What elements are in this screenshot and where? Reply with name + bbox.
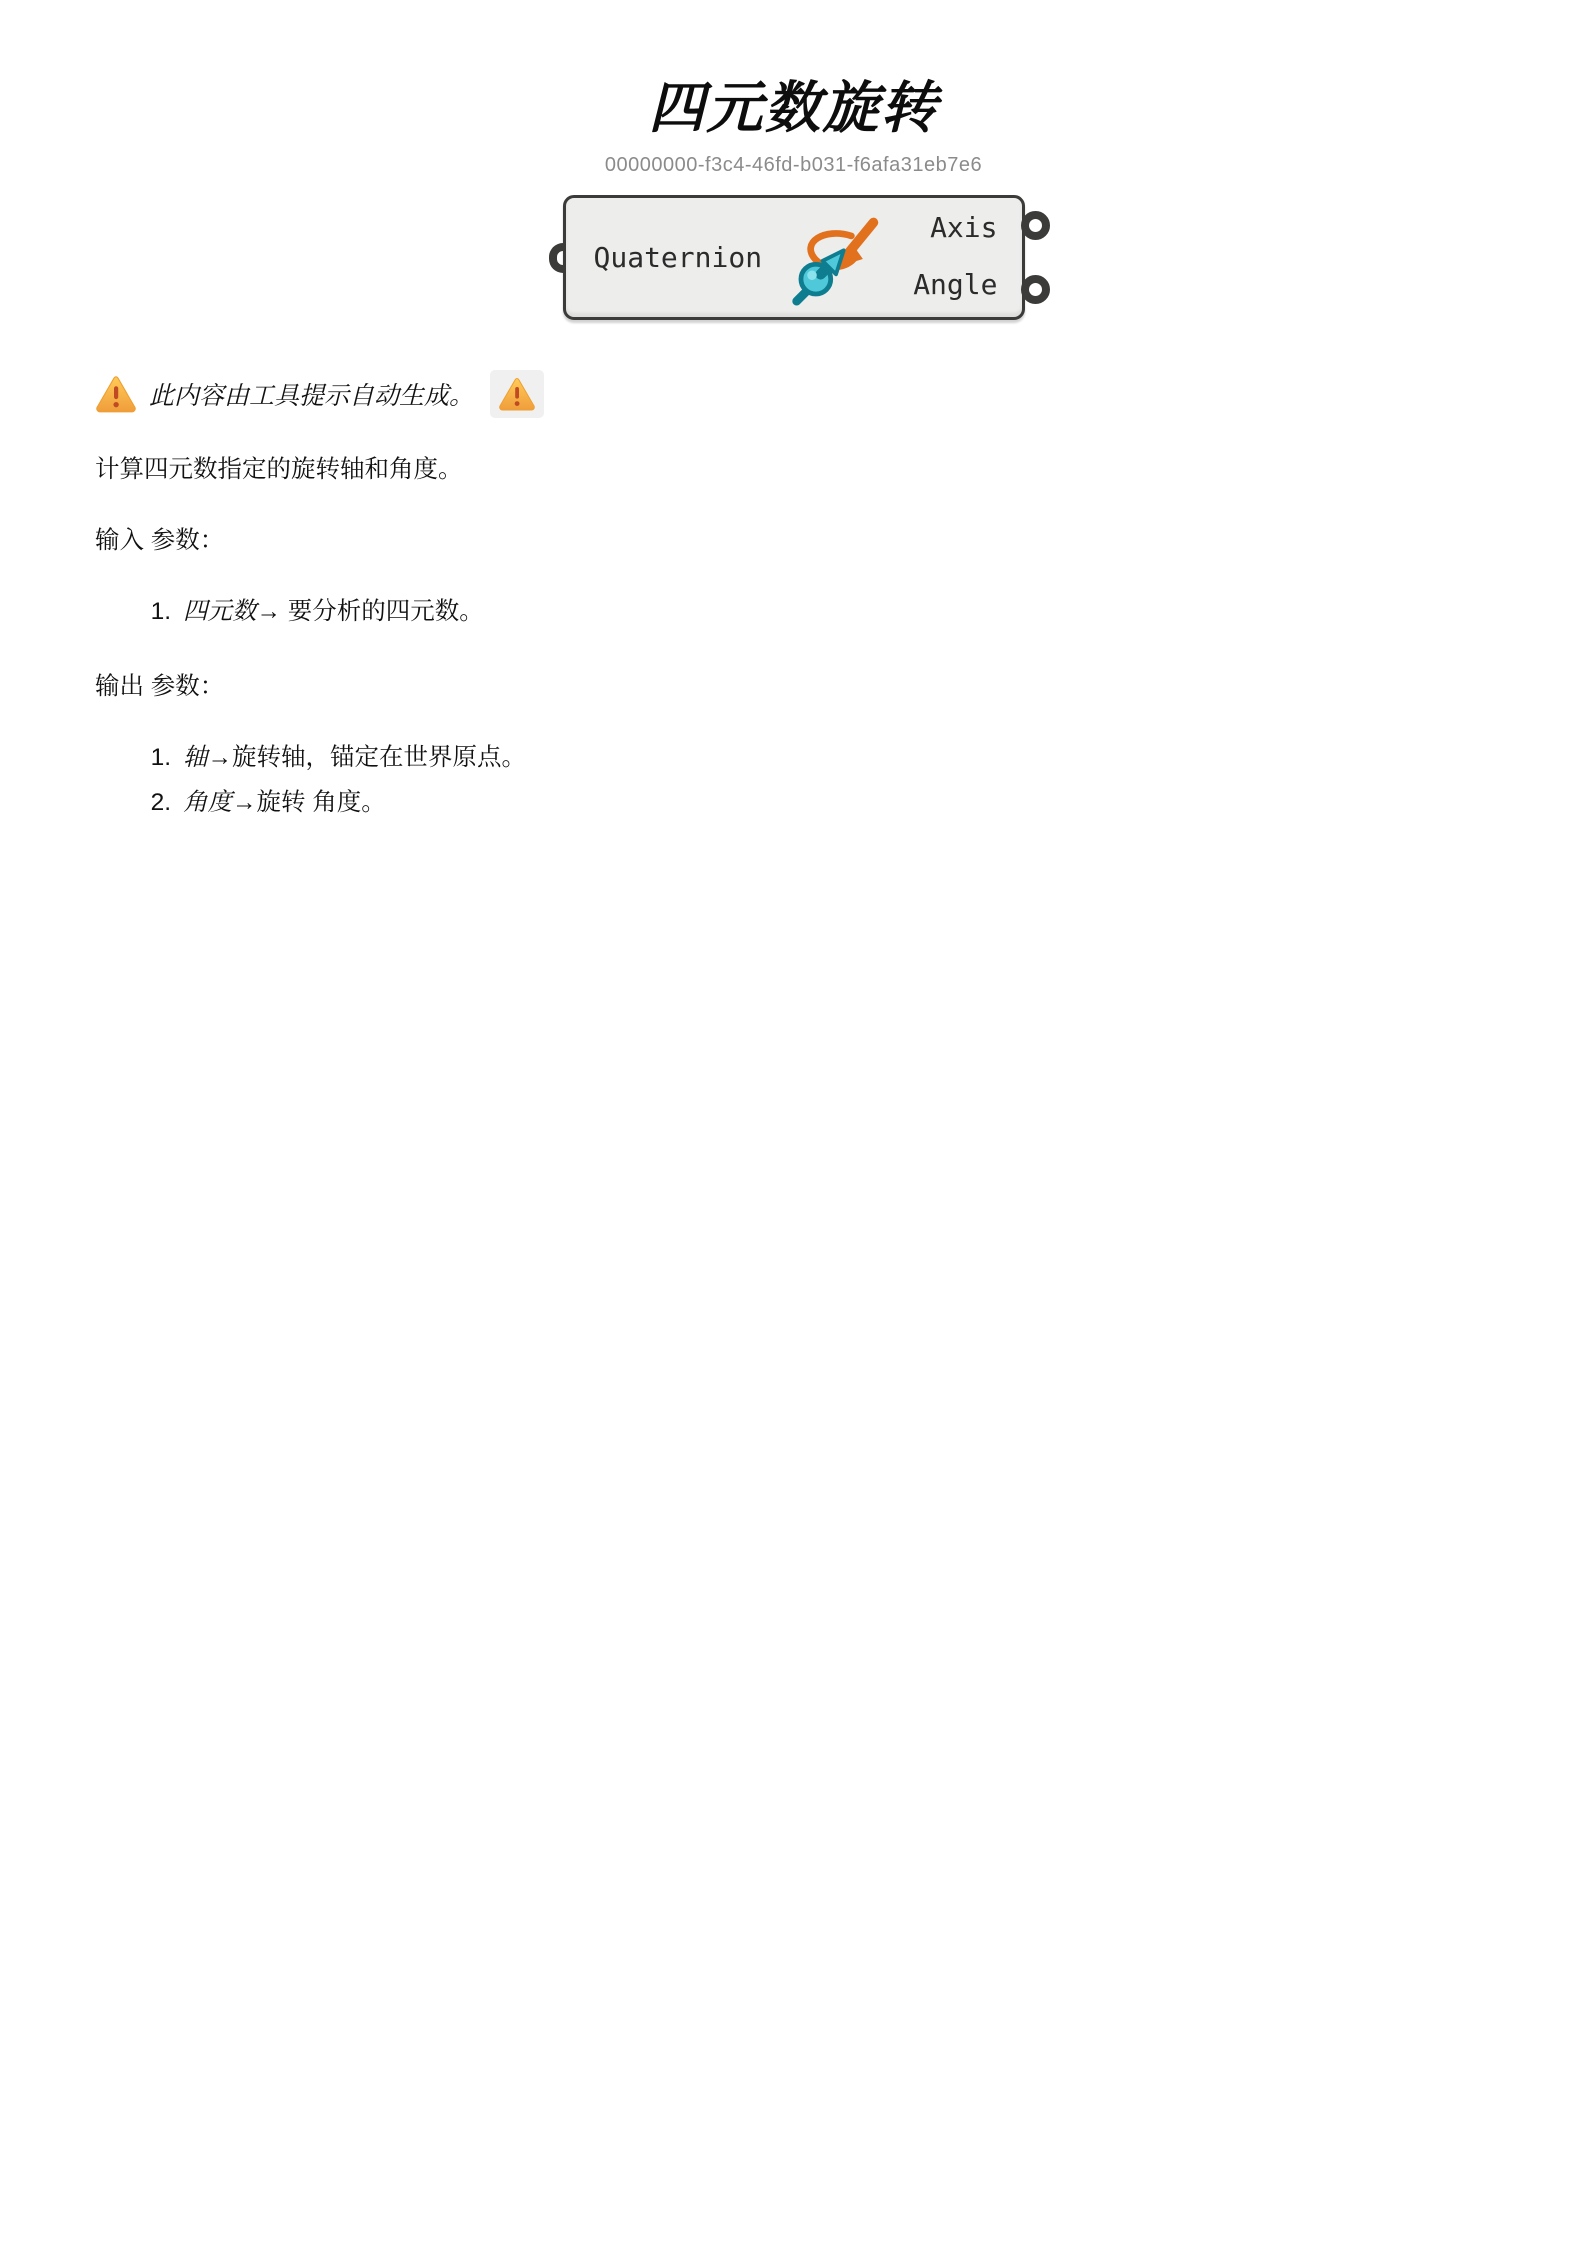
input-grip — [549, 243, 563, 273]
notice-text: 此内容由工具提示自动生成。 — [149, 376, 474, 412]
output-label-axis: Axis — [930, 208, 997, 248]
warning-icon — [498, 376, 536, 412]
output-grip-axis — [1021, 211, 1050, 240]
param-name: 四元数 — [183, 598, 257, 625]
item-number: 1. — [135, 590, 171, 635]
output-label-angle: Angle — [913, 265, 997, 305]
param-desc: →旋转轴，锚定在世界原点。 — [208, 744, 527, 771]
doc-page: 四元数旋转 00000000-f3c4-46fd-b031-f6afa31eb7… — [0, 64, 1587, 825]
outputs-heading: 输出 参数： — [95, 667, 1492, 706]
output-param-item: 1. 轴→旋转轴，锚定在世界原点。 — [135, 736, 1492, 781]
output-param-item: 2. 角度→旋转 角度。 — [135, 781, 1492, 826]
component-description: 计算四元数指定的旋转轴和角度。 — [95, 450, 1492, 489]
param-desc: →旋转 角度。 — [232, 789, 386, 816]
param-name: 轴 — [183, 744, 208, 771]
output-grip-angle — [1021, 275, 1050, 304]
input-param-item: 1. 四元数→ 要分析的四元数。 — [135, 590, 1492, 635]
item-text: 四元数→ 要分析的四元数。 — [183, 590, 484, 635]
auto-generated-notice: 此内容由工具提示自动生成。 — [95, 370, 1492, 418]
item-number: 2. — [135, 781, 171, 826]
component-diagram: Quaternion Axis Angle — [95, 195, 1492, 320]
item-text: 角度→旋转 角度。 — [183, 781, 386, 826]
item-number: 1. — [135, 736, 171, 781]
page-title: 四元数旋转 — [95, 64, 1492, 144]
param-name: 角度 — [183, 789, 232, 816]
inputs-heading: 输入 参数： — [95, 521, 1492, 560]
input-label: Quaternion — [594, 241, 763, 274]
quaternion-rotation-icon — [788, 210, 884, 306]
warning-chip — [490, 370, 544, 418]
gh-component: Quaternion Axis Angle — [563, 195, 1025, 320]
item-text: 轴→旋转轴，锚定在世界原点。 — [183, 736, 526, 781]
inputs-list: 1. 四元数→ 要分析的四元数。 — [95, 590, 1492, 635]
warning-icon — [95, 374, 137, 414]
param-desc: → 要分析的四元数。 — [257, 598, 484, 625]
outputs-list: 1. 轴→旋转轴，锚定在世界原点。 2. 角度→旋转 角度。 — [95, 736, 1492, 825]
component-guid: 00000000-f3c4-46fd-b031-f6afa31eb7e6 — [95, 154, 1492, 177]
